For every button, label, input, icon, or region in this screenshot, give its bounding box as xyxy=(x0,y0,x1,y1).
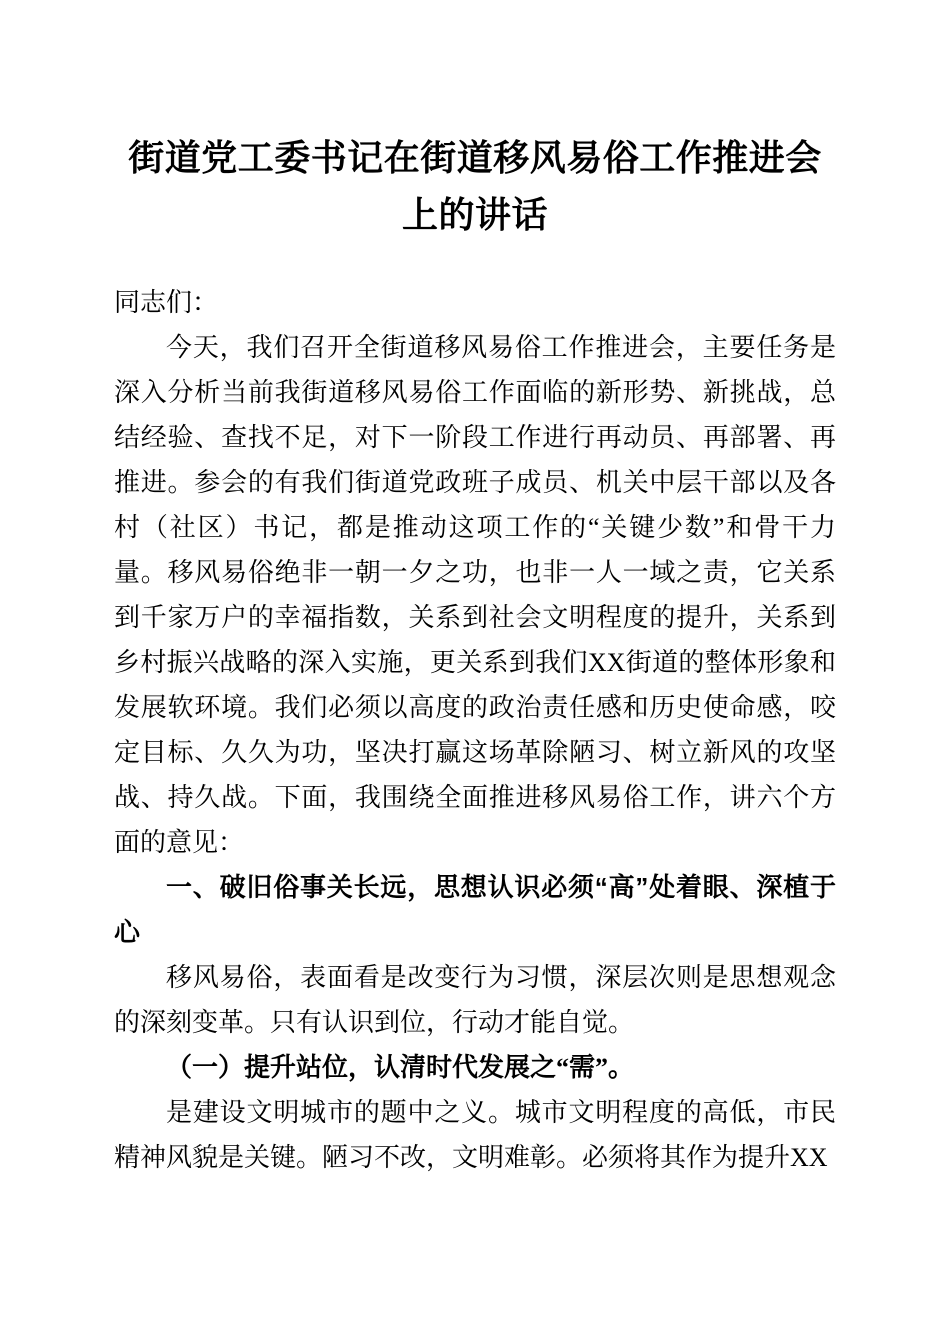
intro-paragraph: 今天，我们召开全街道移风易俗工作推进会，主要任务是深入分析当前我街道移风易俗工作… xyxy=(114,325,836,865)
section-1-heading: 一、破旧俗事关长远，思想认识必须“高”处着眼、深植于心 xyxy=(114,865,836,955)
salutation-line: 同志们： xyxy=(114,280,836,325)
document-page: 街道党工委书记在街道移风易俗工作推进会上的讲话 同志们： 今天，我们召开全街道移… xyxy=(0,0,950,1344)
subsection-1-1-body-paragraph: 是建设文明城市的题中之义。城市文明程度的高低，市民精神风貌是关键。陋习不改，文明… xyxy=(114,1090,836,1180)
subsection-1-1-heading: （一）提升站位，认清时代发展之“需”。 xyxy=(114,1045,836,1090)
section-1-body-paragraph: 移风易俗，表面看是改变行为习惯，深层次则是思想观念的深刻变革。只有认识到位，行动… xyxy=(114,955,836,1045)
document-title: 街道党工委书记在街道移风易俗工作推进会上的讲话 xyxy=(114,130,836,244)
